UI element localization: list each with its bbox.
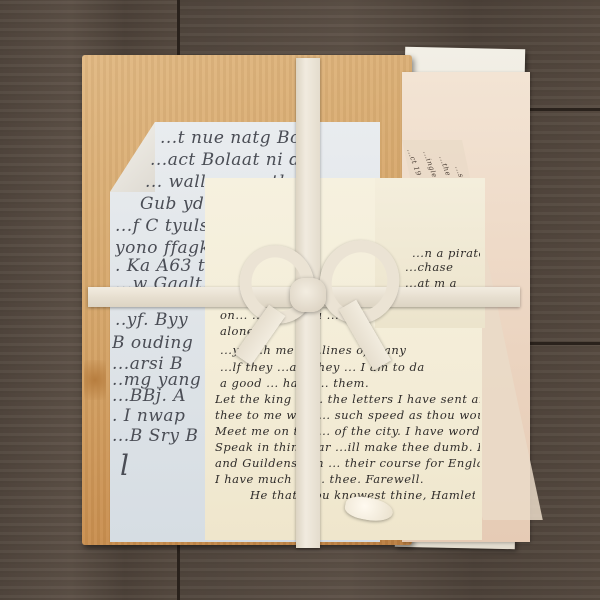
- handwritten-line: ...BBj. A: [112, 388, 205, 405]
- handwritten-line: ...t nue natg Bol: [160, 130, 310, 147]
- handwritten-line: ..yf. Byy: [115, 312, 205, 329]
- handwritten-line: a good ... have ... them.: [220, 378, 475, 390]
- water-stain: [84, 360, 106, 400]
- handwritten-line: Let the king ha... the letters I have se…: [215, 394, 480, 406]
- handwritten-line: ...B Sry B: [112, 428, 205, 445]
- handwritten-line: and Guildenstern ... their course for En…: [215, 458, 480, 470]
- handwritten-line: Meet me on the ... of the city. I have w…: [215, 426, 480, 438]
- ribbon-knot: [290, 278, 326, 312]
- handwritten-line: Speak in thine ear ...ill make thee dumb…: [215, 442, 480, 454]
- handwritten-line: I have much to ... thee. Farewell.: [215, 474, 480, 486]
- handwritten-line: B ouding: [112, 335, 205, 352]
- handwritten-flourish: l: [120, 452, 200, 480]
- handwritten-line: ...act Bolaat ni dafy: [150, 152, 300, 169]
- handwritten-line: . I nwap: [112, 408, 205, 425]
- handwritten-line: thee to me with ... such speed as thou w…: [215, 410, 480, 422]
- handwritten-line: ...arsi B: [112, 356, 205, 373]
- handwritten-line: ...n a pirate: [412, 248, 480, 260]
- handwritten-line: ...lf they ...ast they ... I am to da: [220, 362, 475, 374]
- handwritten-line: ...chase: [405, 262, 480, 274]
- handwritten-line: ..mg yang: [112, 372, 205, 389]
